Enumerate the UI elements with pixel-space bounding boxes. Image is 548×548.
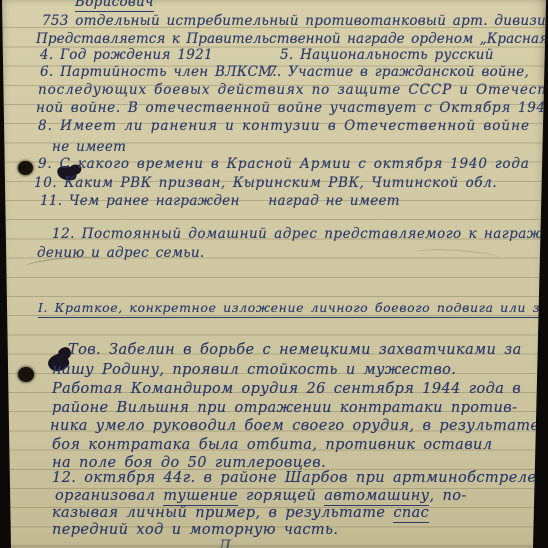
narrative-line: казывая личный пример, в результате спас (52, 505, 429, 521)
narrative-line: нашу Родину, проявил стойкость и мужеств… (52, 362, 456, 378)
field-birth-year: 4. Год рождения 1921 (40, 47, 213, 63)
field-prior-awards-answer: наград не имеет (268, 193, 400, 209)
narrative-segment: , по- (429, 488, 466, 504)
patronymic-text: Борисович (75, 0, 154, 12)
handwritten-line-cut-top: Борисович (75, 0, 154, 10)
narrative-line: Тов. Забелин в борьбе с немецкими захват… (68, 342, 522, 358)
line-birth-nationality: 4. Год рождения 1921 5. Национальность р… (40, 47, 213, 63)
line-drafted-by: 10. Каким РВК призван, Кыринским РВК, Чи… (34, 175, 497, 191)
paper-sheet: Борисович 753 отдельный истребительный п… (0, 0, 548, 548)
line-war-continuation: последующих боевых действиях по защите С… (38, 82, 548, 98)
line-address-continuation: дению и адрес семьи. (37, 245, 204, 261)
narrative-line: организовал тушение горящей автомашину, … (55, 488, 467, 504)
line-army-service: 9. С какого времени в Красной Армии с ок… (38, 156, 530, 172)
line-wounds-answer: не имеет (52, 139, 126, 155)
section-heading: I. Краткое, конкретное изложение личного… (38, 300, 548, 318)
handwritten-line-cut-bottom: Д (218, 536, 231, 548)
narrative-line: передний ход и моторную часть. (52, 522, 338, 538)
line-wounds-question: 8. Имеет ли ранения и контузии в Отечест… (38, 118, 530, 134)
underlined-word: спас (393, 505, 429, 523)
narrative-line: 12. октября 44г. в районе Шарбов при арт… (52, 470, 536, 486)
narrative-segment: казывая личный пример, в результате (52, 505, 393, 521)
narrative-segment: организовал (55, 488, 163, 504)
line-war-since: ной войне. В отечественной войне участву… (36, 100, 548, 116)
field-war-participation: 7. Участие в гражданской войне, (268, 64, 529, 80)
pencil-smudge (415, 247, 501, 264)
line-unit: 753 отдельный истребительный противотанк… (42, 13, 548, 29)
narrative-line: Работая Командиром орудия 26 сентября 19… (52, 381, 521, 397)
line-award-proposal: Представляется к Правительственной награ… (36, 31, 548, 47)
hole-punch (18, 367, 34, 382)
underlined-word: тушение (163, 488, 238, 506)
narrative-line: на поле боя до 50 гитлеровцев. (52, 455, 326, 471)
narrative-line: районе Вильшня при отражении контратаки … (52, 400, 517, 416)
line-home-address: 12. Постоянный домашний адрес представля… (52, 226, 548, 242)
narrative-segment: горящей (238, 488, 324, 504)
line-prior-awards: 11. Чем ранее награжден наград не имеет (40, 193, 400, 209)
hole-punch (18, 161, 33, 175)
scanned-document-photo: Борисович 753 отдельный истребительный п… (0, 0, 548, 548)
line-party-war: 6. Партийность член ВЛКСМ. 7. Участие в … (40, 64, 277, 80)
narrative-line: ника умело руководил боем своего орудия,… (50, 418, 539, 434)
field-prior-awards-label: 11. Чем ранее награжден (40, 193, 240, 209)
field-party-membership: 6. Партийность член ВЛКСМ. (40, 64, 277, 80)
field-nationality: 5. Национальность русский (280, 47, 494, 63)
narrative-line: боя контратака была отбита, противник ос… (52, 437, 492, 453)
underlined-word: автомашину (324, 488, 429, 506)
